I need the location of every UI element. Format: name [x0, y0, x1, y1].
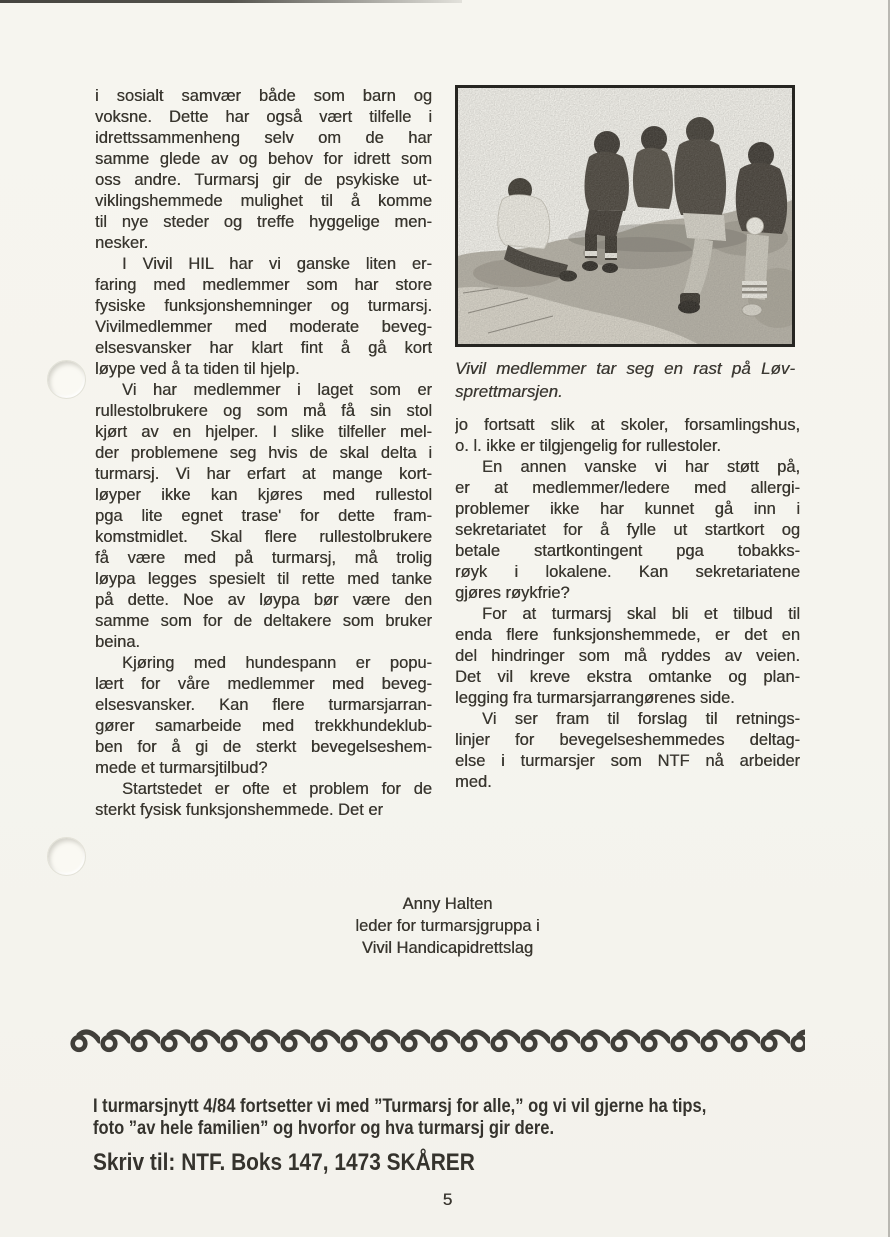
scan-edge-top [0, 0, 462, 3]
text-line: elsesvansker har klart fint å gå kort [95, 338, 432, 359]
text-line: røyk i lokalene. Kan sekretariatene [455, 562, 800, 583]
teaser-line: foto ”av hele familien” og hvorfor og hv… [93, 1118, 833, 1140]
text-line: kjørt av en hjelper. I slike tilfeller m… [95, 422, 432, 443]
sig-line: leder for turmarsjgruppa i [95, 915, 800, 937]
wave-divider-graphic [70, 1024, 805, 1054]
text-line: else i turmarsjer som NTF nå arbeider [455, 751, 800, 772]
photo-caption: Vivil medlemmer tar seg en rast på Løv-s… [455, 357, 795, 403]
text-line: pga lite egnet trase' for dette fram- [95, 506, 432, 527]
text-line: samme som for de deltakere som bruker [95, 611, 432, 632]
text-line: i sosialt samvær både som barn og [95, 86, 432, 107]
text-line: sekretariatet for å fylle ut startkort o… [455, 520, 800, 541]
text-line: på dette. Noe av løypa bør være den [95, 590, 432, 611]
text-line: beina. [95, 632, 432, 653]
left-column: i sosialt samvær både som barn ogvoksne.… [95, 86, 432, 821]
text-line: voksne. Dette har også vært tilfelle i [95, 107, 432, 128]
text-line: få være med på turmarsj, må trolig [95, 548, 432, 569]
text-line: For at turmarsj skal bli et tilbud til [455, 604, 800, 625]
text-line: løyper ikke kan kjøres med rullestol [95, 485, 432, 506]
teaser-lines: I turmarsjnytt 4/84 fortsetter vi med ”T… [93, 1096, 833, 1140]
text-line: løypa legges spesielt til rette med tank… [95, 569, 432, 590]
text-line: Det vil kreve ekstra omtanke og plan- [455, 667, 800, 688]
paragraph: Vi ser fram til forslag til retnings-lin… [455, 709, 800, 793]
teaser-line: I turmarsjnytt 4/84 fortsetter vi med ”T… [93, 1096, 833, 1118]
text-line: Vivilmedlemmer med moderate beveg- [95, 317, 432, 338]
hole-punch-bottom [47, 837, 86, 876]
hole-punch-top [47, 360, 86, 399]
write-to-label: Skriv til: [93, 1149, 175, 1176]
paragraph: En annen vanske vi har støtt på,er at me… [455, 457, 800, 604]
text-line: En annen vanske vi har støtt på, [455, 457, 800, 478]
paragraph: jo fortsatt slik at skoler, forsamlingsh… [455, 415, 800, 457]
text-line: gører samarbeide med trekkhundeklub- [95, 716, 432, 737]
text-line: gjøres røykfrie? [455, 583, 800, 604]
text-line: legging fra turmarsjarrangørenes side. [455, 688, 800, 709]
text-line: elsesvansker. Kan flere turmarsjarran- [95, 695, 432, 716]
text-line: Vi har medlemmer i laget som er [95, 380, 432, 401]
text-line: problemer ikke har kunnet gå inn i [455, 499, 800, 520]
text-line: viklingshemmede mulighet til å komme [95, 191, 432, 212]
text-line: oss andre. Turmarsj gir de psykiske ut- [95, 170, 432, 191]
photo-figure [455, 85, 795, 347]
text-line: betale startkontingent pga tobakks- [455, 541, 800, 562]
text-line: Startstedet er ofte et problem for de [95, 779, 432, 800]
text-line: fysiske funksjonshemninger og turmarsj. [95, 296, 432, 317]
cap-line: sprettmarsjen. [455, 380, 795, 403]
text-line: faring med medlemmer som har store [95, 275, 432, 296]
paragraph: For at turmarsj skal bli et tilbud tilen… [455, 604, 800, 709]
sig-line: Vivil Handicapidrettslag [95, 937, 800, 959]
cap-line: Vivil medlemmer tar seg en rast på Løv- [455, 357, 795, 380]
sig-line: Anny Halten [95, 893, 800, 915]
text-line: idrettssammenheng selv om de har [95, 128, 432, 149]
text-line: er at medlemmer/ledere med allergi- [455, 478, 800, 499]
text-line: sterkt fysisk funksjonshemmede. Det er [95, 800, 432, 821]
wave-divider [70, 1024, 805, 1054]
text-line: Kjøring med hundespann er popu- [95, 653, 432, 674]
text-line: del hindringer som må ryddes av veien. [455, 646, 800, 667]
text-line: linjer for bevegelseshemmedes deltag- [455, 730, 800, 751]
signature-block: Anny Haltenleder for turmarsjgruppa iViv… [95, 893, 800, 959]
write-to-line: Skriv til: NTF. Boks 147, 1473 SKÅRER [93, 1149, 833, 1177]
page-number: 5 [95, 1190, 800, 1210]
photo-of-group-on-rock [458, 88, 792, 344]
text-line: I Vivil HIL har vi ganske liten er- [95, 254, 432, 275]
text-line: komstmidlet. Skal flere rullestolbrukere [95, 527, 432, 548]
paragraph: Kjøring med hundespann er popu-lært for … [95, 653, 432, 779]
text-line: mede et turmarsjtilbud? [95, 758, 432, 779]
text-line: ben for å gi de sterkt bevegelseshem- [95, 737, 432, 758]
text-line: Vi ser fram til forslag til retnings- [455, 709, 800, 730]
text-line: o. l. ikke er tilgjengelig for rullestol… [455, 436, 800, 457]
text-line: turmarsj. Vi har erfart at mange kort- [95, 464, 432, 485]
paragraph: Vi har medlemmer i laget som errullestol… [95, 380, 432, 653]
footer-teaser: I turmarsjnytt 4/84 fortsetter vi med ”T… [93, 1096, 833, 1177]
text-line: lært for våre medlemmer med beveg- [95, 674, 432, 695]
text-line: nesker. [95, 233, 432, 254]
text-line: jo fortsatt slik at skoler, forsamlingsh… [455, 415, 800, 436]
text-line: løype ved å ta tiden til hjelp. [95, 359, 432, 380]
text-line: rullestolbrukere og som må få sin stol [95, 401, 432, 422]
text-line: enda flere funksjonshemmede, er det en [455, 625, 800, 646]
text-line: samme glede av og behov for idrett som [95, 149, 432, 170]
paragraph: i sosialt samvær både som barn ogvoksne.… [95, 86, 432, 254]
paragraph: Startstedet er ofte et problem for deste… [95, 779, 432, 821]
magazine-page: i sosialt samvær både som barn ogvoksne.… [0, 0, 890, 1237]
text-line: der problemene seg hvis de skal delta i [95, 443, 432, 464]
paragraph: I Vivil HIL har vi ganske liten er-farin… [95, 254, 432, 380]
right-column: jo fortsatt slik at skoler, forsamlingsh… [455, 415, 800, 793]
write-to-address: NTF. Boks 147, 1473 SKÅRER [181, 1149, 475, 1176]
text-line: med. [455, 772, 800, 793]
text-line: til nye steder og treffe hyggelige men- [95, 212, 432, 233]
